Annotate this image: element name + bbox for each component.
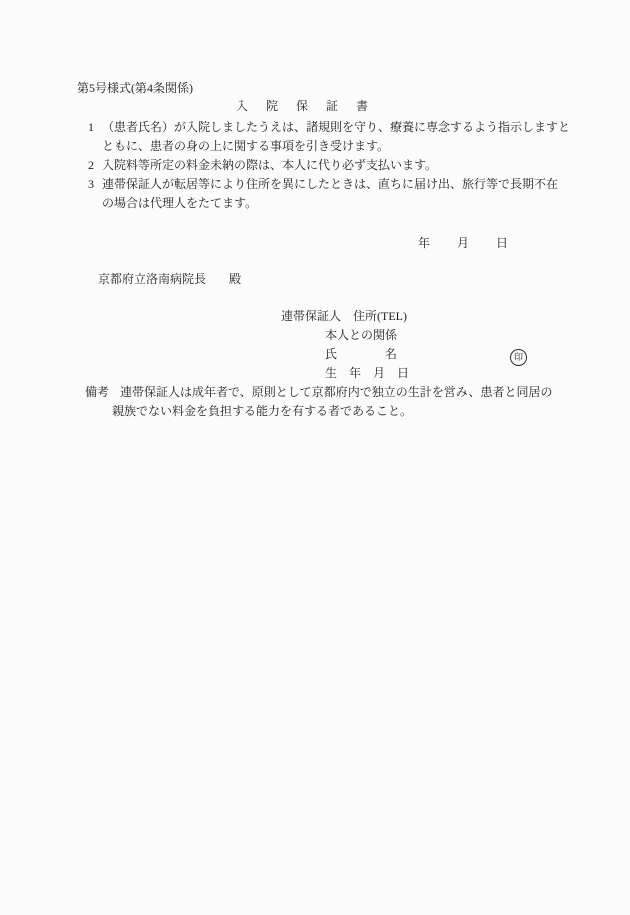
clause-line: 連帯保証人が転居等により住所を異にしたときは、直ちに届け出、旅行等で長期不在	[102, 175, 558, 194]
addressee-honorific: 殿	[229, 272, 241, 286]
addressee-line: 京都府立洛南病院長殿	[98, 270, 241, 289]
form-number-label: 第5号様式(第4条関係)	[77, 79, 193, 98]
addressee-name: 京都府立洛南病院長	[98, 272, 206, 286]
clause-item-2: 2 入院料等所定の料金未納の際は、本人に代り必ず支払います。	[88, 156, 570, 175]
seal-icon: 印	[510, 349, 527, 366]
clause-line: 入院料等所定の料金未納の際は、本人に代り必ず支払います。	[102, 156, 437, 175]
guarantor-name-line: 氏 名印	[325, 345, 527, 364]
guarantor-block: 連帯保証人住所(TEL) 本人との関係 氏 名印 生 年 月 日	[281, 307, 527, 383]
guarantor-birthdate-label: 生 年 月 日	[325, 364, 527, 383]
page-title: 入 院 保 証 書	[236, 97, 371, 116]
clause-line: ともに、患者の身の上に関する事項を引き受けます。	[102, 137, 570, 156]
remarks-line: 連帯保証人は成年者で、原則として京都府内で独立の生計を営み、患者と同居の	[112, 383, 552, 402]
clause-line: の場合は代理人をたてます。	[102, 194, 558, 213]
remarks-line: 親族でない料金を負担する能力を有する者であること。	[112, 402, 552, 421]
clause-number: 1	[88, 118, 102, 156]
guarantor-relation-label: 本人との関係	[325, 326, 527, 345]
guarantor-address-label: 住所(TEL)	[353, 309, 407, 323]
admission-guarantee-form-page: 第5号様式(第4条関係) 入 院 保 証 書 1 （患者氏名）が入院しましたうえ…	[0, 0, 630, 915]
clause-line: （患者氏名）が入院しましたうえは、諸規則を守り、療養に専念するよう指示しますと	[102, 118, 570, 137]
remarks-label: 備考	[85, 383, 112, 421]
remarks-block: 備考 連帯保証人は成年者で、原則として京都府内で独立の生計を営み、患者と同居の …	[85, 383, 552, 421]
clause-list: 1 （患者氏名）が入院しましたうえは、諸規則を守り、療養に専念するよう指示します…	[88, 118, 570, 213]
guarantor-role-label: 連帯保証人	[281, 309, 341, 323]
date-blank-line: 年 月 日	[418, 234, 509, 253]
guarantor-name-label: 氏 名	[325, 347, 397, 361]
clause-item-3: 3 連帯保証人が転居等により住所を異にしたときは、直ちに届け出、旅行等で長期不在…	[88, 175, 570, 213]
guarantor-address-line: 連帯保証人住所(TEL)	[281, 307, 527, 326]
clause-number: 2	[88, 156, 102, 175]
clause-item-1: 1 （患者氏名）が入院しましたうえは、諸規則を守り、療養に専念するよう指示します…	[88, 118, 570, 156]
clause-number: 3	[88, 175, 102, 213]
